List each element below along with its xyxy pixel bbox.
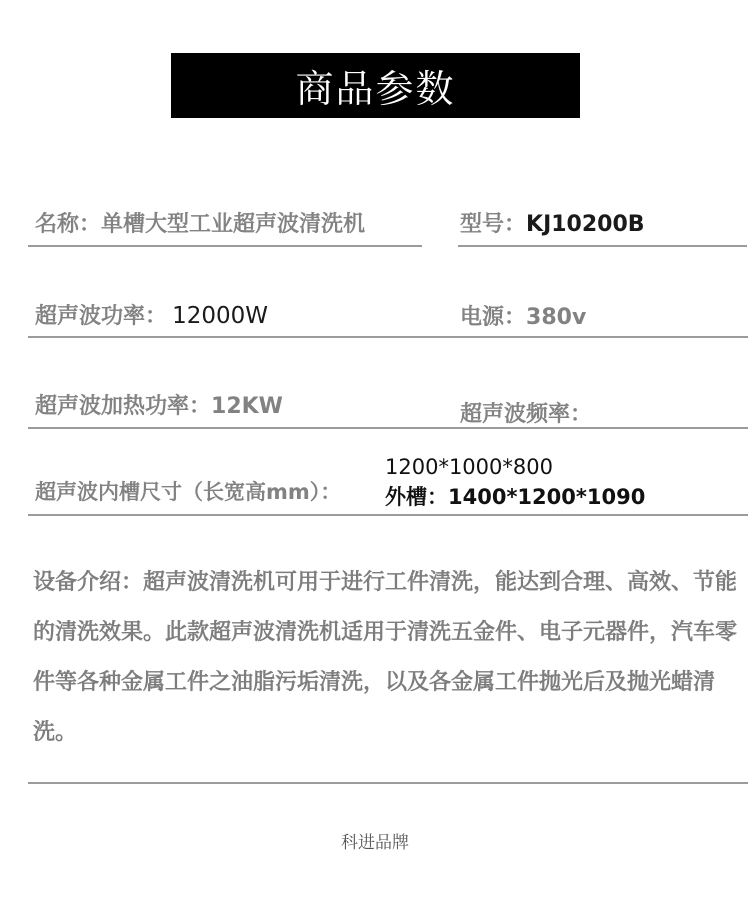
frequency-cell: 超声波频率： (460, 402, 592, 429)
tank-size-label: 超声波内槽尺寸（长宽高mm）： (35, 476, 341, 506)
brand-footer: 科进品牌 (0, 828, 750, 853)
ultrasonic-power-label: 超声波功率： (35, 304, 167, 329)
model-label: 型号： (460, 212, 526, 237)
bottom-divider (28, 782, 748, 784)
page-title: 商品参数 (295, 58, 455, 113)
equipment-description: 设备介绍：超声波清洗机可用于进行工件清洗，能达到合理、高效、节能 的清洗效果。此… (33, 558, 747, 758)
spec-row-tank-size: 超声波内槽尺寸（长宽高mm）： 1200*1000*800 外槽：1400*12… (28, 452, 748, 516)
heating-power-label: 超声波加热功率： (35, 394, 211, 419)
power-supply-cell: 电源：380v (460, 304, 586, 332)
product-parameters-header: 商品参数 (171, 53, 580, 118)
ultrasonic-power-cell: 超声波功率： 12000W (35, 308, 268, 327)
spec-row-model: 型号：KJ10200B (458, 212, 747, 247)
power-supply-label: 电源： (460, 305, 526, 330)
name-label: 名称： (35, 212, 101, 237)
power-supply-value: 380v (526, 305, 586, 330)
description-line: 的清洗效果。此款超声波清洗机适用于清洗五金件、电子元器件，汽车零 (33, 608, 747, 658)
description-line: 件等各种金属工件之油脂污垢清洗，以及各金属工件抛光后及抛光蜡清洗。 (33, 658, 747, 758)
heating-power-value: 12KW (211, 394, 283, 419)
frequency-label: 超声波频率： (460, 402, 592, 427)
description-line: 设备介绍：超声波清洗机可用于进行工件清洗，能达到合理、高效、节能 (33, 558, 747, 608)
heating-power-cell: 超声波加热功率：12KW (35, 398, 283, 417)
outer-tank-size-value: 外槽：1400*1200*1090 (385, 482, 645, 512)
inner-tank-size-value: 1200*1000*800 (385, 452, 645, 482)
ultrasonic-power-value: 12000W (172, 303, 268, 329)
tank-size-values: 1200*1000*800 外槽：1400*1200*1090 (385, 452, 645, 512)
name-value: 单槽大型工业超声波清洗机 (101, 212, 365, 237)
spec-row-power: 超声波功率： 12000W 电源：380v (28, 303, 748, 338)
model-value: KJ10200B (526, 212, 645, 237)
spec-row-name: 名称：单槽大型工业超声波清洗机 (28, 212, 422, 247)
spec-row-heating: 超声波加热功率：12KW 超声波频率： (28, 394, 748, 429)
